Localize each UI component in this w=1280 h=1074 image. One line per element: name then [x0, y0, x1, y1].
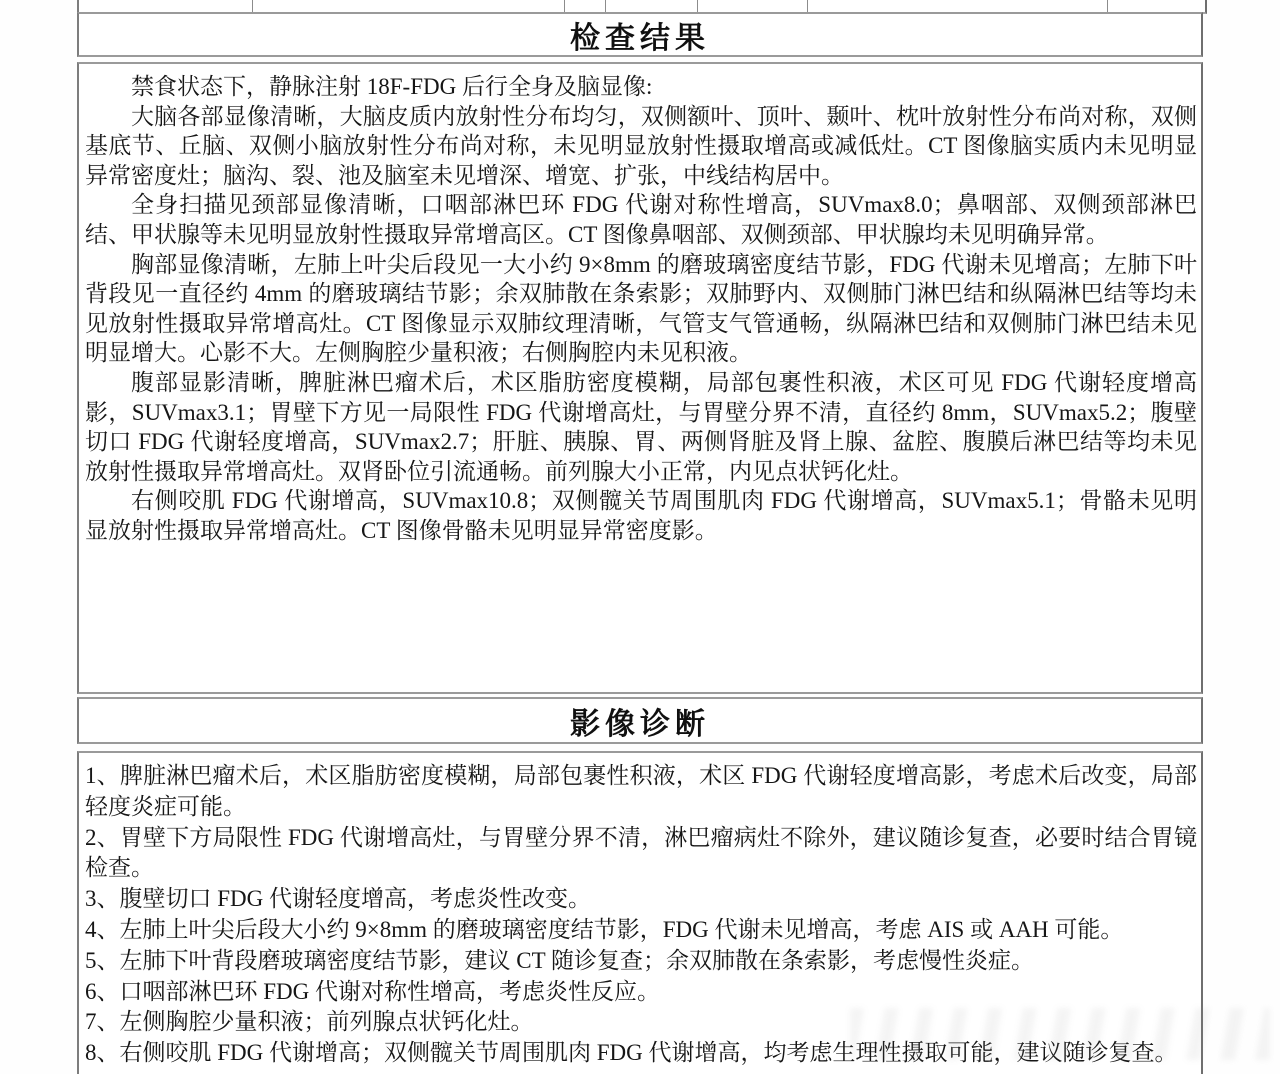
diagnosis-item: 1、脾脏淋巴瘤术后，术区脂肪密度模糊，局部包裹性积液，术区 FDG 代谢轻度增高… [85, 761, 1197, 823]
diagnosis-item: 6、口咽部淋巴环 FDG 代谢对称性增高，考虑炎性反应。 [85, 977, 1197, 1008]
results-section-body: 禁食状态下，静脉注射 18F-FDG 后行全身及脑显像: 大脑各部显像清晰，大脑… [77, 62, 1203, 694]
diagnosis-item: 3、腹壁切口 FDG 代谢轻度增高，考虑炎性改变。 [85, 884, 1197, 915]
table-cell-divider [1107, 0, 1108, 12]
diagnosis-item: 4、左肺上叶尖后段大小约 9×8mm 的磨玻璃密度结节影，FDG 代谢未见增高，… [85, 915, 1197, 946]
result-paragraph: 右侧咬肌 FDG 代谢增高，SUVmax10.8；双侧髋关节周围肌肉 FDG 代… [85, 486, 1197, 545]
diagnosis-item: 2、胃壁下方局限性 FDG 代谢增高灶，与胃壁分界不清，淋巴瘤病灶不除外，建议随… [85, 823, 1197, 885]
result-paragraph: 大脑各部显像清晰，大脑皮质内放射性分布均匀，双侧额叶、顶叶、颞叶、枕叶放射性分布… [85, 102, 1197, 191]
diagnosis-item: 7、左侧胸腔少量积液；前列腺点状钙化灶。 [85, 1007, 1197, 1038]
result-paragraph: 腹部显影清晰，脾脏淋巴瘤术后，术区脂肪密度模糊，局部包裹性积液，术区可见 FDG… [85, 368, 1197, 486]
report-page: 检查结果 禁食状态下，静脉注射 18F-FDG 后行全身及脑显像: 大脑各部显像… [0, 0, 1280, 1074]
diagnosis-section-title: 影像诊断 [570, 699, 710, 743]
result-paragraph: 胸部显像清晰，左肺上叶尖后段见一大小约 9×8mm 的磨玻璃密度结节影，FDG … [85, 250, 1197, 368]
table-cell-divider [252, 0, 253, 12]
diagnosis-section-header: 影像诊断 [77, 697, 1203, 744]
diagnosis-item: 8、右侧咬肌 FDG 代谢增高；双侧髋关节周围肌肉 FDG 代谢增高，均考虑生理… [85, 1038, 1197, 1069]
table-cell-divider [807, 0, 808, 12]
result-paragraph: 全身扫描见颈部显像清晰，口咽部淋巴环 FDG 代谢对称性增高，SUVmax8.0… [85, 190, 1197, 249]
diagnosis-item: 5、左肺下叶背段磨玻璃密度结节影，建议 CT 随诊复查；余双肺散在条索影，考虑慢… [85, 946, 1197, 977]
table-cell-divider [564, 0, 565, 12]
results-section-title: 检查结果 [570, 13, 710, 57]
table-cell-divider [697, 0, 698, 12]
results-section-header: 检查结果 [77, 12, 1203, 57]
diagnosis-section-body: 1、脾脏淋巴瘤术后，术区脂肪密度模糊，局部包裹性积液，术区 FDG 代谢轻度增高… [77, 751, 1203, 1074]
result-paragraph: 禁食状态下，静脉注射 18F-FDG 后行全身及脑显像: [85, 72, 1197, 102]
table-cell-divider [605, 0, 606, 12]
